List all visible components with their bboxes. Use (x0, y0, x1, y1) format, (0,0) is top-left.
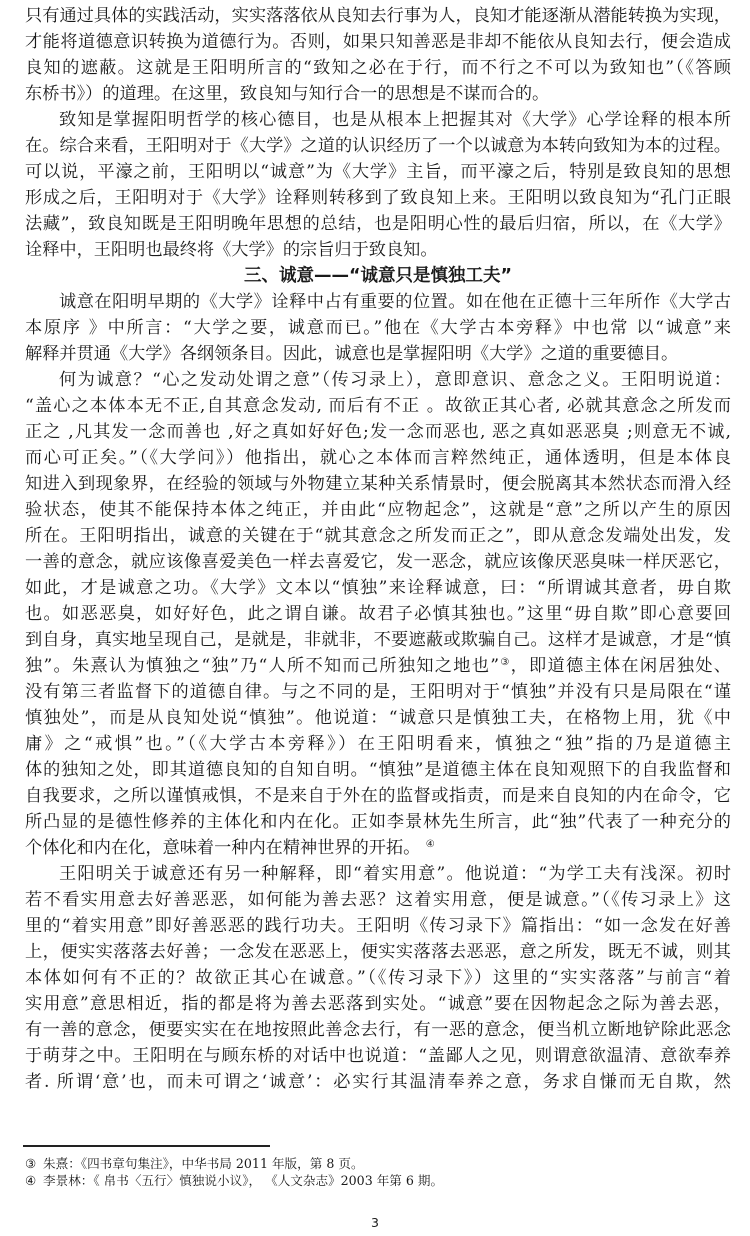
text-line: 只有通过具体的实践活动，实实落落依从良知去行事为人，良知才能逐渐从潜能转换为实现… (25, 3, 731, 29)
footnote-text: 李景林：《 帛书〈五行〉慎独说小议》， 《人文杂志》2003 年第 6 期。 (43, 1173, 443, 1188)
section-heading: 三、诚意——“诚意只是慎独工夫” (25, 263, 731, 289)
text-line: 也。如恶恶臭，如好好色，此之谓自谦。故君子必慎其独也。”这里“毋自欺”即心意要回 (25, 601, 731, 627)
footnote-3: ③朱熹：《四书章句集注》，中华书局 2011 年版，第 8 页。 (25, 1155, 443, 1172)
text-line: 若不看实用意去好善恶恶，如何能为善去恶？这着实用意，便是诚意。”（《传习录上》这 (25, 887, 731, 913)
text-line: 本体如何有不正的？故欲正其心在诚意。”（《传习录下》）这里的“实实落落”与前言“… (25, 965, 731, 991)
text-line: 庸》之“戒惧”也。”（《大学古本旁释》）在王阳明看来，慎独之“独”指的乃是道德主 (25, 731, 731, 757)
text-line: 可以说，平濠之前，王阳明以“诚意”为《大学》主旨，而平濠之后，特别是致良知的思想 (25, 159, 731, 185)
text-line: 何为诚意？“心之发动处谓之意”（传习录上），意即意识、意念之义。王阳明说道： (25, 367, 731, 393)
text-line: 于萌芽之中。王阳明在与顾东桥的对话中也说道：“盖鄙人之见，则谓意欲温清、意欲奉养 (25, 1043, 731, 1069)
text-line: 验状态，使其不能保持本体之纯正，并由此“应物起念”，这就是“意”之所以产生的原因 (25, 497, 731, 523)
text-line: 而心可正矣。”（《大学问》）他指出，就心之本体而言粹然纯正，通体透明，但是本体良 (25, 445, 731, 471)
text-line: 法藏”，致良知既是王阳明晚年思想的总结，也是阳明心性的最后归宿，所以，在《大学》 (25, 211, 731, 237)
text-line: 正之 ,凡其发一念而善也 ,好之真如好好色;发一念而恶也, 恶之真如恶恶臭 ;则… (25, 419, 731, 445)
text-line: “盖心之本体本无不正,自其意念发动, 而后有不正 。故欲正其心者, 必就其意念之… (25, 393, 731, 419)
footnote-mark: ③ (25, 1155, 43, 1172)
text-line: 一善的意念，就应该像喜爱美色一样去喜爱它，发一恶念，就应该像厌恶臭味一样厌恶它， (25, 549, 731, 575)
text-line: 知进入到现象界，在经验的领域与外物建立某种关系情景时，便会脱离其本然状态而滑入经 (25, 471, 731, 497)
text-line: 到自身，真实地呈现自己，是就是，非就非，不要遮蔽或欺骗自己。这样才是诚意，才是“… (25, 627, 731, 653)
footnote-4: ④李景林：《 帛书〈五行〉慎独说小议》， 《人文杂志》2003 年第 6 期。 (25, 1172, 443, 1189)
text-line: 本原序 》中所言：“大学之要，诚意而已。”他在《大学古本旁释》中也常 以“诚意”… (25, 315, 731, 341)
text-line: 如此，才是诚意之功。《大学》文本以“慎独”来诠释诚意，曰：“所谓诚其意者，毋自欺 (25, 575, 731, 601)
text-line: 良知的遮蔽。这就是王阳明所言的“致知之必在于行，而不行之不可以为致知也”（《答顾 (25, 55, 731, 81)
text-line: 才能将道德意识转换为道德行为。否则，如果只知善恶是非却不能依从良知去行，便会造成 (25, 29, 731, 55)
paragraph-4: 何为诚意？“心之发动处谓之意”（传习录上），意即意识、意念之义。王阳明说道： “… (25, 367, 731, 861)
text-line: 没有第三者监督下的道德自律。与之不同的是，王阳明对于“慎独”并没有只是局限在“谨 (25, 679, 731, 705)
footnote-ref-4[interactable]: ④ (426, 839, 435, 850)
text-line: 自我要求，之所以谨慎戒惧，不是来自于外在的监督或指责，而是来自良知的内在命令，它 (25, 783, 731, 809)
text-line: 解释并贯通《大学》各纲领条目。因此，诚意也是掌握阳明《大学》之道的重要德目。 (25, 341, 731, 367)
footnote-ref-3[interactable]: ③ (499, 657, 511, 668)
text-line: 诠释中，王阳明也最终将《大学》的宗旨归于致良知。 (25, 237, 731, 263)
text-line: 慎独处”，而是从良知处说“慎独”。他说道：“诚意只是慎独工夫，在格物上用，犹《中 (25, 705, 731, 731)
text-line: 体的独知之处，即其道德良知的自知自明。“慎独”是道德主体在良知观照下的自我监督和 (25, 757, 731, 783)
paragraph-3: 诚意在阳明早期的《大学》诠释中占有重要的位置。如在他在正德十三年所作《大学古 本… (25, 289, 731, 367)
text-line-with-footnote: 独”。朱熹认为慎独之“独”乃“人所不知而己所独知之地也”③，即道德主体在闲居独处… (25, 653, 731, 679)
text-line: 在。综合来看，王阳明对于《大学》之道的认识经历了一个以诚意为本转向致知为本的过程… (25, 133, 731, 159)
text-segment: ，即道德主体在闲居独处、 (511, 656, 731, 676)
footnote-separator (23, 1145, 270, 1147)
text-line-with-footnote: 个体化和内在化，意味着一种内在精神世界的开拓。 ④ (25, 835, 731, 861)
footnote-text: 朱熹：《四书章句集注》，中华书局 2011 年版，第 8 页。 (43, 1156, 364, 1171)
page-number: 3 (0, 1215, 750, 1230)
text-line: 所凸显的是德性修养的主体化和内在化。正如李景林先生所言，此“独”代表了一种充分的 (25, 809, 731, 835)
text-line: 所在。王阳明指出，诚意的关键在于“就其意念之所发而正之”，即从意念发端处出发，发 (25, 523, 731, 549)
text-line: 里的“着实用意”即好善恶恶的践行功夫。王阳明《传习录下》篇指出：“如一念发在好善 (25, 913, 731, 939)
text-segment: 独”。朱熹认为慎独之“独”乃“人所不知而己所独知之地也” (25, 656, 499, 676)
text-segment: 个体化和内在化，意味着一种内在精神世界的开拓。 (25, 838, 420, 858)
paragraph-2: 致知是掌握阳明哲学的核心德目，也是从根本上把握其对《大学》心学诠释的根本所 在。… (25, 107, 731, 263)
text-line: 有一善的意念，便要实实在在地按照此善念去行，有一恶的意念，便当机立断地铲除此恶念 (25, 1017, 731, 1043)
text-line: 者. 所谓‘意’也，而未可谓之‘诚意’：必实行其温清奉养之意，务求自慊而无自欺，… (25, 1069, 731, 1095)
text-line: 致知是掌握阳明哲学的核心德目，也是从根本上把握其对《大学》心学诠释的根本所 (25, 107, 731, 133)
paragraph-5: 王阳明关于诚意还有另一种解释，即“着实用意”。他说道：“为学工夫有浅深。初时 若… (25, 861, 731, 1095)
text-line: 东桥书》）的道理。在这里，致良知与知行合一的思想是不谋而合的。 (25, 81, 731, 107)
text-line: 诚意在阳明早期的《大学》诠释中占有重要的位置。如在他在正德十三年所作《大学古 (25, 289, 731, 315)
text-line: 实用意”意思相近，指的都是将为善去恶落到实处。“诚意”要在因物起念之际为善去恶， (25, 991, 731, 1017)
text-line: 形成之后，王阳明对于《大学》诠释则转移到了致良知上来。王阳明以致良知为“孔门正眼 (25, 185, 731, 211)
paragraph-1: 只有通过具体的实践活动，实实落落依从良知去行事为人，良知才能逐渐从潜能转换为实现… (25, 3, 731, 107)
text-line: 上，便实实落落去好善；一念发在恶恶上，便实实落落去恶恶，意之所发，既无不诚，则其 (25, 939, 731, 965)
text-line: 王阳明关于诚意还有另一种解释，即“着实用意”。他说道：“为学工夫有浅深。初时 (25, 861, 731, 887)
footnotes: ③朱熹：《四书章句集注》，中华书局 2011 年版，第 8 页。 ④李景林：《 … (25, 1155, 443, 1189)
page-body: 只有通过具体的实践活动，实实落落依从良知去行事为人，良知才能逐渐从潜能转换为实现… (25, 3, 731, 1095)
footnote-mark: ④ (25, 1172, 43, 1189)
